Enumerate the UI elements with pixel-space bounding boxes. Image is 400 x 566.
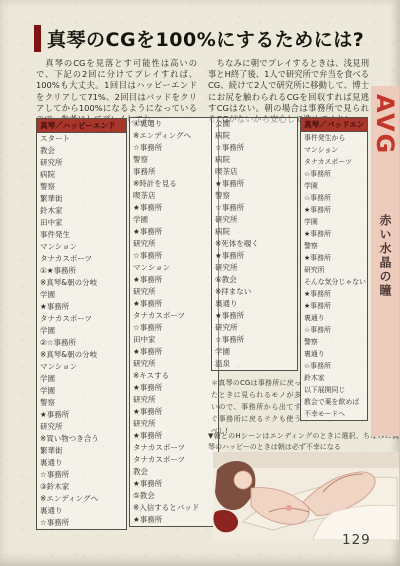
route-column-continued-1: ④裏通り※エンディングへ☆事務所警察事務所※時計を見る喫茶店★事務所学園★事務所… [129,117,219,527]
page-number: 129 [342,532,371,548]
list-item: タナカスポーツ [37,313,126,325]
list-item: 裏通り [37,505,126,517]
list-item: ※買い物つき合う [37,433,126,445]
list-item: 病院 [212,130,297,142]
list-item: 研究所 [212,214,297,226]
page-title: 真琴のCGを100%にするためには? [47,25,364,52]
list-item: マンション [130,262,218,274]
list-item: 警察 [301,240,367,252]
list-item: ☆事務所 [37,469,126,481]
list-item: ★事務所 [130,514,218,526]
list-item: 学園 [130,214,218,226]
list-item: ③鈴木家 [37,481,126,493]
list-item: ★事務所 [37,301,126,313]
list-item: ☆事務所 [37,517,126,529]
title-accent-bar [34,25,41,52]
route-column-happy-end: 真琴／ハッピーエンド スタート教会研究所病院警察繁華街鈴木家田中家事件発生マンシ… [36,118,127,530]
list-item: ※真琴&朝の分岐 [37,277,126,289]
list-item: ★事務所 [130,298,218,310]
list-item: 警察 [37,181,126,193]
tip-note: ＊真琴のCGは事務所に戻ったときに見られるモノが多いので、事務所から出てすぐ事務… [211,377,301,437]
list-item: 事件発生 [37,229,126,241]
list-item: タナカスポーツ [130,442,218,454]
list-item: ②☆事務所 [37,337,126,349]
list-item: 裏通り [301,312,367,324]
list-item: スタート [37,133,126,145]
list-item: 温泉 [212,358,297,370]
list-item: ★事務所 [130,202,218,214]
list-item: ☆事務所 [212,142,297,154]
list-item: 学園 [212,346,297,358]
list-item: 警察 [37,397,126,409]
list-item: タナカスポーツ [301,156,367,168]
list-item: ★事務所 [301,252,367,264]
list-item: 研究所 [130,418,218,430]
list-item: ☆事務所 [130,250,218,262]
list-item: ★事務所 [130,346,218,358]
list-item: ☆事務所 [301,360,367,372]
list-item: 研究所 [130,238,218,250]
list-item: 田中家 [130,334,218,346]
list-item: 病院 [212,226,297,238]
list-item: ★事務所 [130,478,218,490]
list-item: ☆事務所 [212,202,297,214]
list-item: 喫茶店 [130,190,218,202]
list-item: 病院 [212,154,297,166]
list-item: タナカスポーツ [130,310,218,322]
list-item: マンション [301,144,367,156]
genre-label: AVG [371,94,399,155]
list-item: 事件発生から [301,132,367,144]
list-item: そんな気分じゃない [301,276,367,288]
list-item: 喫茶店 [212,166,297,178]
list-item: ★事務所 [130,382,218,394]
list-item: ※拝まない [212,286,297,298]
route-list: ④裏通り※エンディングへ☆事務所警察事務所※時計を見る喫茶店★事務所学園★事務所… [130,118,218,526]
list-item: ⑤教会 [130,490,218,502]
list-item: 警察 [212,190,297,202]
list-item: 学園 [37,385,126,397]
list-item: 研究所 [130,358,218,370]
list-item: 学園 [37,325,126,337]
column-header-bad-end: 真琴／バッドエンド [301,118,367,132]
magazine-page: 真琴のCGを100%にするためには? 真琴のCGを見落とす可能性は高いので、下記… [0,0,400,566]
list-item: 学園 [301,180,367,192]
intro-paragraph-left: 真琴のCGを見落とす可能性は高いので、下記の2回に分けてプレイすれば、100%も… [36,58,197,125]
list-item: 以下展開同じ [301,384,367,396]
list-item: ⑥教会 [212,274,297,286]
list-item: 学園 [301,216,367,228]
list-item: 公園 [212,118,297,130]
list-item: 病院 [37,169,126,181]
list-item: 繁華街 [37,193,126,205]
list-item: ※真琴&朝の分岐 [37,349,126,361]
list-item: 事務所 [130,166,218,178]
list-item: 警察 [301,336,367,348]
list-item: マンション [37,361,126,373]
list-item: 教会 [130,466,218,478]
route-list: 事件発生からマンションタナカスポーツ☆事務所学園☆事務所★事務所学園★事務所警察… [301,132,367,420]
list-item: 裏通り [301,348,367,360]
list-item: ★事務所 [212,178,297,190]
list-item: ★事務所 [130,406,218,418]
list-item: 研究所 [130,394,218,406]
list-item: ※エンディングへ [130,130,218,142]
list-item: ★事務所 [130,226,218,238]
list-item: 研究所 [130,286,218,298]
list-item: 警察 [130,154,218,166]
list-item: ★事務所 [301,228,367,240]
list-item: ★事務所 [301,300,367,312]
list-item: ☆事務所 [301,192,367,204]
list-item: ★事務所 [212,250,297,262]
list-item: ★事務所 [130,430,218,442]
list-item: ☆事務所 [212,334,297,346]
list-item: ※エンディングへ [37,493,126,505]
character-illustration [213,452,399,540]
list-item: ※死体を覗く [212,238,297,250]
title-block: 真琴のCGを100%にするためには? [34,25,364,52]
list-item: 学園 [37,373,126,385]
list-item: 教会 [37,145,126,157]
list-item: 不幸モードへ [301,408,367,420]
list-item: 裏通り [212,298,297,310]
list-item: 鈴木家 [37,205,126,217]
list-item: ※入信するとバッド [130,502,218,514]
list-item: タナカスポーツ [130,454,218,466]
list-item: ④裏通り [130,118,218,130]
column-header-happy-end: 真琴／ハッピーエンド [37,119,126,133]
list-item: 学園 [37,289,126,301]
list-item: 鈴木家 [301,372,367,384]
list-item: ☆事務所 [301,324,367,336]
list-item: 研究所 [212,322,297,334]
list-item: 教会で薬を飲めば [301,396,367,408]
list-item: 研究所 [37,157,126,169]
list-item: 研究所 [37,421,126,433]
route-column-continued-2: 公園病院☆事務所病院喫茶店★事務所警察☆事務所研究所病院※死体を覗く★事務所研究… [211,117,298,371]
list-item: ★事務所 [37,409,126,421]
list-item: ★事務所 [301,204,367,216]
list-item: ①★事務所 [37,265,126,277]
route-column-bad-end: 真琴／バッドエンド 事件発生からマンションタナカスポーツ☆事務所学園☆事務所★事… [300,117,368,421]
list-item: ★事務所 [212,310,297,322]
list-item: 研究所 [212,262,297,274]
intro-paragraph-right: ちなみに朝でプレイするときは、浅見刑事とH終了後、1人で研究所で弁当を食べるCG… [208,58,369,125]
list-item: ☆事務所 [130,322,218,334]
game-title-label: 赤い水晶の瞳 [371,214,399,298]
list-item: 繁華街 [37,445,126,457]
intro-section: 真琴のCGを見落とす可能性は高いので、下記の2回に分けてプレイすれば、100%も… [36,58,369,125]
route-list: 公園病院☆事務所病院喫茶店★事務所警察☆事務所研究所病院※死体を覗く★事務所研究… [212,118,297,370]
list-item: ☆事務所 [130,142,218,154]
list-item: 裏通り [37,457,126,469]
list-item: ※キスする [130,370,218,382]
list-item: 田中家 [37,217,126,229]
list-item: ※時計を見る [130,178,218,190]
list-item: タナカスポーツ [37,253,126,265]
list-item: ☆事務所 [301,168,367,180]
list-item: ★事務所 [301,288,367,300]
route-list: スタート教会研究所病院警察繁華街鈴木家田中家事件発生マンションタナカスポーツ①★… [37,133,126,529]
list-item: ★事務所 [130,274,218,286]
list-item: 研究所 [301,264,367,276]
side-strip: AVG 赤い水晶の瞳 [371,86,399,436]
list-item: マンション [37,241,126,253]
